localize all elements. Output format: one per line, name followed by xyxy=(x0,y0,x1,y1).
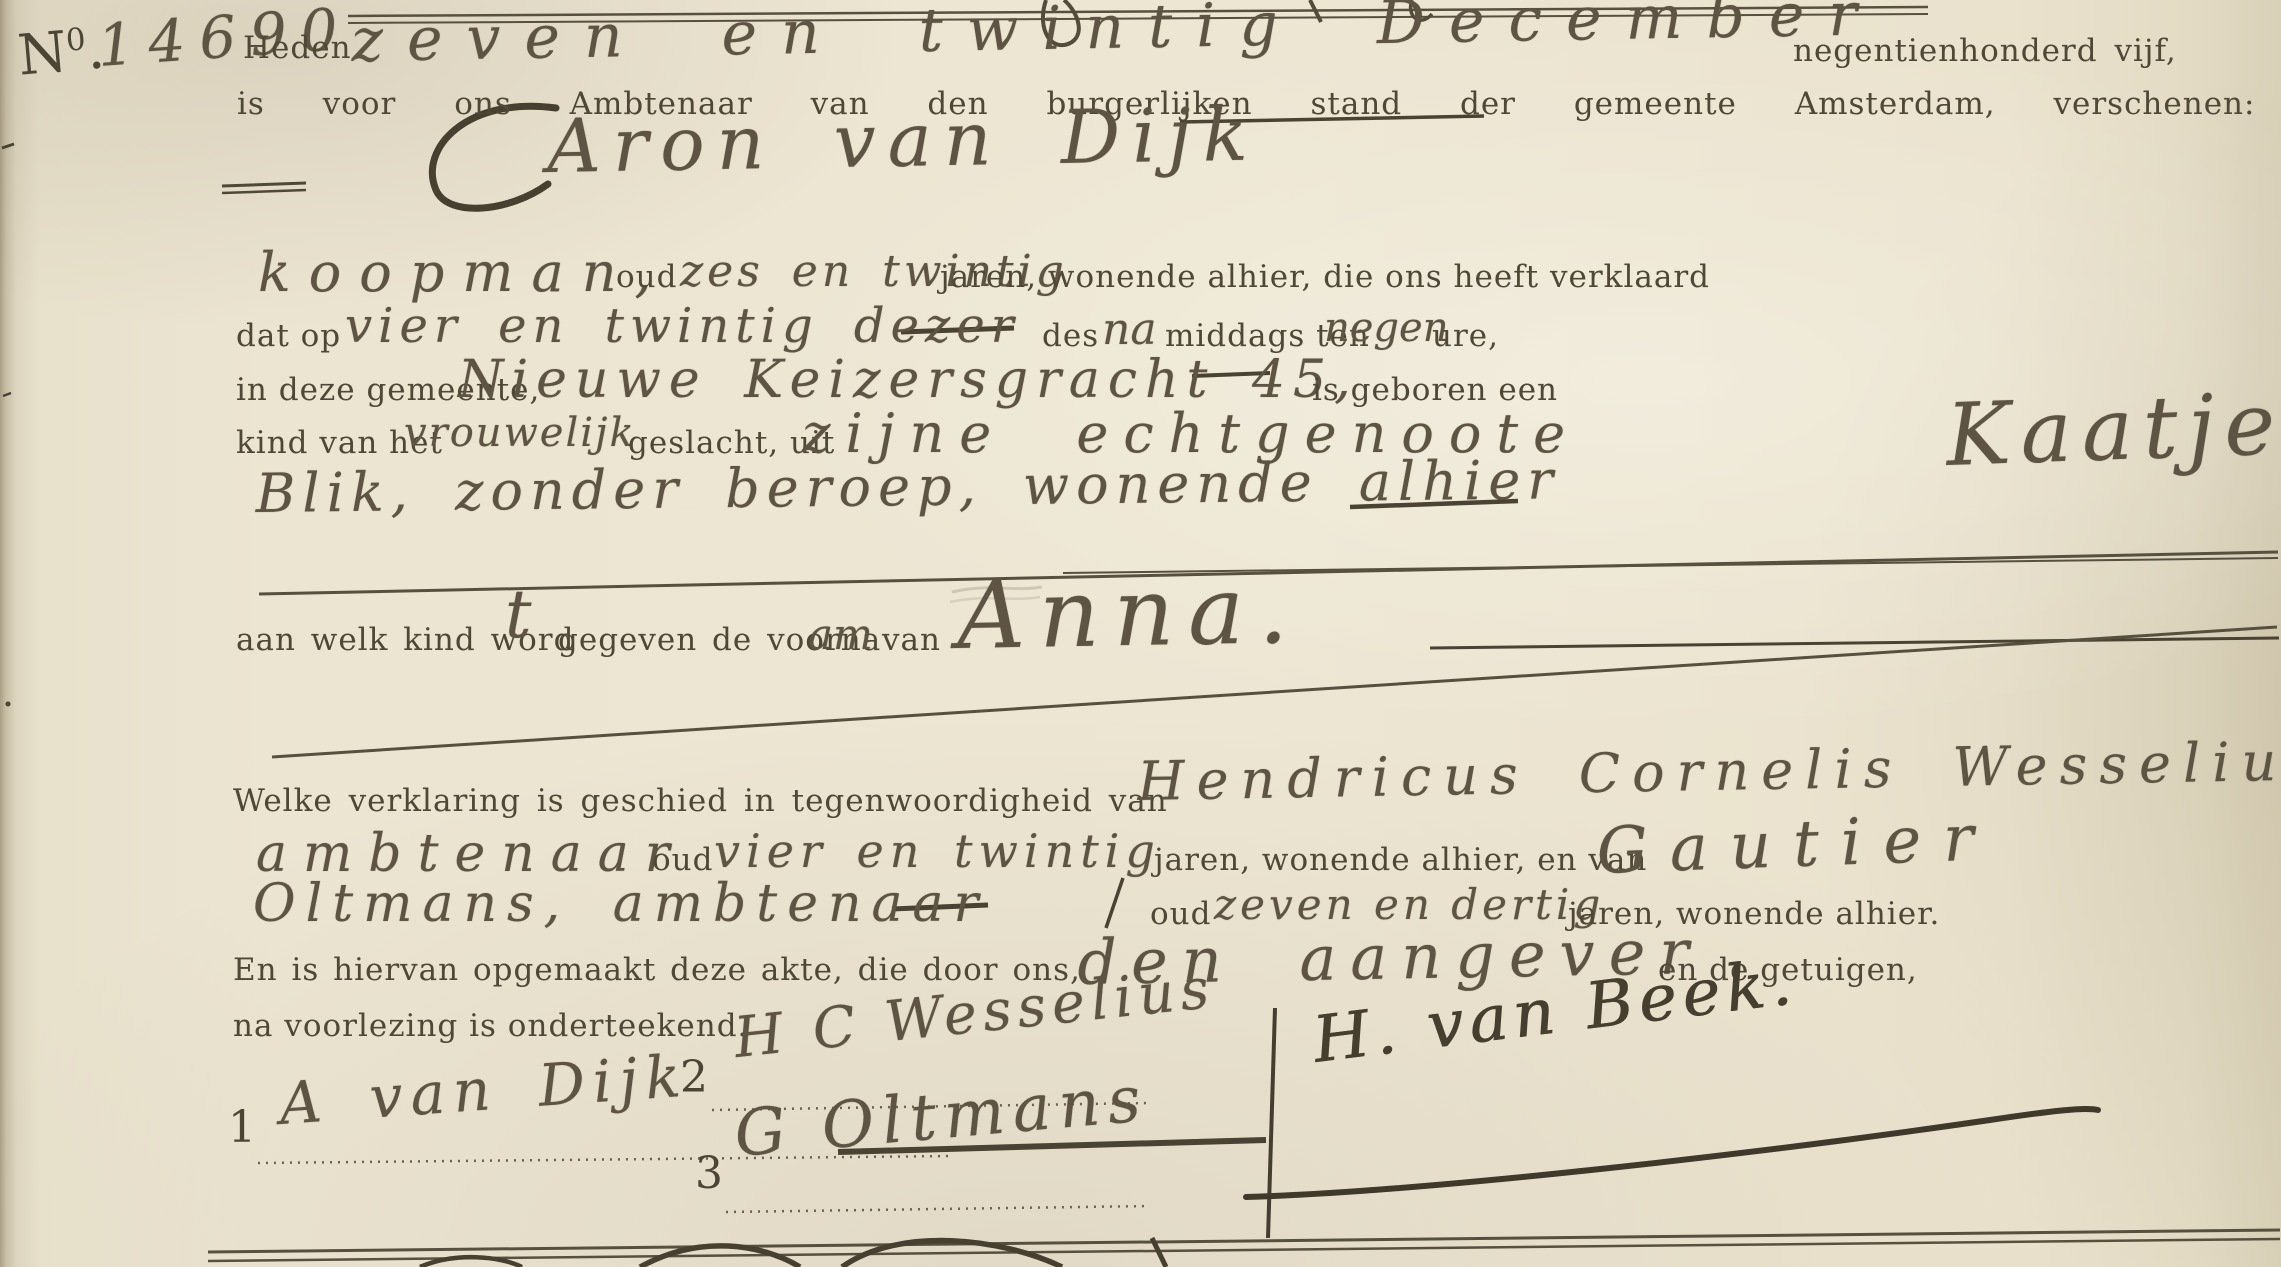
handwritten-hour: negen xyxy=(1324,305,1448,351)
printed-witness1-rest: jaren, wonende alhier, en van xyxy=(1154,842,1647,878)
signature3-index: 3 xyxy=(695,1148,723,1199)
registrar-separator-vertical xyxy=(1268,1008,1275,1238)
birth-certificate-scan: N0. 14690 Heden zeven en twintig Decembe… xyxy=(0,0,2281,1267)
printed-datop: dat op xyxy=(236,318,341,354)
handwritten-witness2-firstname: Gautier xyxy=(1595,801,1996,889)
printed-year: negentienhonderd vijf, xyxy=(1793,33,2177,69)
printed-ure: ure, xyxy=(1432,318,1499,354)
handwritten-address: Nieuwe Keizersgracht 45, xyxy=(458,350,1359,410)
printed-heden: Heden xyxy=(243,30,352,66)
handwritten-t: t xyxy=(505,576,532,653)
printed-welke-verklaring: Welke verklaring is geschied in tegenwoo… xyxy=(233,783,1168,819)
gutter-speck-2 xyxy=(3,393,11,396)
printed-voorlezing: na voorlezing is onderteekend. xyxy=(233,1008,748,1044)
signature3-dotted-line xyxy=(726,1206,1150,1212)
handwritten-occupation: koopman, xyxy=(258,241,670,304)
handwritten-sex: vrouwelijk xyxy=(404,410,636,456)
declarant-leadin-dash-1 xyxy=(222,183,306,186)
declarant-leadin-dash-2 xyxy=(222,190,306,193)
record-number-label: N0. xyxy=(15,16,107,88)
printed-van: van xyxy=(882,622,941,658)
handwritten-child-name: Anna. xyxy=(956,556,1303,671)
printed-des: des xyxy=(1042,318,1099,354)
gutter-speck-1 xyxy=(2,144,14,148)
record-number-n: N xyxy=(15,20,69,89)
signature1-index: 1 xyxy=(228,1102,256,1153)
handwritten-dagdeel: na xyxy=(1102,304,1157,355)
handwritten-birthdate: vier en twintig dezer xyxy=(345,298,1020,354)
signature2-index: 2 xyxy=(680,1052,708,1103)
handwritten-declarant-name: Aron van Dijk xyxy=(546,92,1260,190)
bottom-double-rule-1 xyxy=(208,1230,2280,1252)
handwritten-mother-firstname: Kaatje xyxy=(1945,374,2281,486)
printed-oud-2: oud xyxy=(652,842,713,878)
gutter-speck-3 xyxy=(6,702,11,707)
voornaam-fill-line xyxy=(1430,638,2279,648)
handwritten-am: am xyxy=(808,610,873,659)
oltmans-slash xyxy=(1106,878,1123,928)
printed-oud-1: oud xyxy=(616,259,677,295)
handwritten-age-witness1: vier en twintig xyxy=(714,824,1161,878)
beek-underline-flourish xyxy=(1246,1109,2098,1197)
printed-declared-rest: jaren, wonende alhier, die ons heeft ver… xyxy=(940,259,1710,295)
handwritten-witness2-name-occupation: Oltmans, ambtenaar xyxy=(253,874,988,934)
